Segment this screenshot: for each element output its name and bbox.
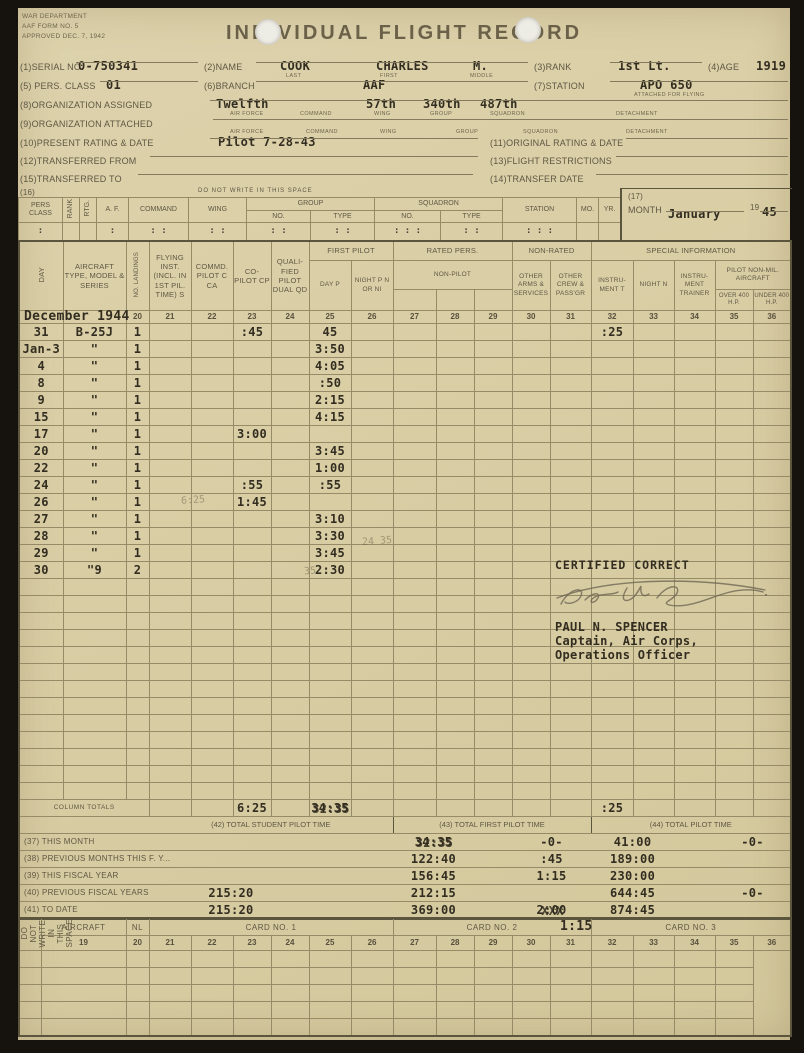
cell-c22: [191, 324, 233, 341]
cell-landings: 2: [126, 562, 149, 579]
cell-c25: :50: [309, 375, 351, 392]
original-rating-label: (11)ORIGINAL RATING & DATE: [490, 138, 623, 148]
cell-c25: [309, 783, 351, 800]
serial-label: (1)SERIAL NO.: [20, 62, 84, 72]
cell-c33: [633, 749, 674, 766]
cell-c29: [474, 596, 512, 613]
card-cell: [149, 1001, 191, 1018]
card-cell: [674, 967, 715, 984]
cell-c28: [436, 426, 474, 443]
org-assigned-label: (8)ORGANIZATION ASSIGNED: [20, 100, 152, 110]
cell-c21: [149, 783, 191, 800]
cell-c29: [474, 715, 512, 732]
cell-c32: :25: [591, 324, 633, 341]
cell-aircraft: ": [63, 358, 126, 375]
card-cell: [149, 1018, 191, 1036]
cell-c30: [512, 477, 550, 494]
cell-c24: [271, 783, 309, 800]
cell-day: [19, 732, 63, 749]
cell-c21: [149, 460, 191, 477]
cell-c29: [474, 664, 512, 681]
cell-aircraft: ": [63, 426, 126, 443]
cell-c31: [550, 528, 591, 545]
hole-punch-right: [515, 17, 541, 43]
flight-restrictions-label: (13)FLIGHT RESTRICTIONS: [490, 156, 612, 166]
cell-c28: [436, 358, 474, 375]
cell-aircraft: [63, 596, 126, 613]
flight-row: 9"12:15: [19, 392, 791, 409]
col-23-co-pilot: CO- PILOT CP: [233, 241, 271, 311]
cell-c24: [271, 409, 309, 426]
cell-c29: [474, 630, 512, 647]
column-number: 36: [753, 311, 791, 324]
signature: [555, 574, 770, 618]
cell-c29: [474, 477, 512, 494]
card-cell: [591, 1018, 633, 1036]
cell-c27: [393, 766, 436, 783]
cell-c35: [715, 783, 753, 800]
cell-c24: [271, 528, 309, 545]
card-cell: [436, 967, 474, 984]
cell-c29: [474, 426, 512, 443]
cell-c25: 3:30: [309, 528, 351, 545]
transfer-date-line: [596, 162, 788, 175]
cell-c30: [512, 545, 550, 562]
cell-c25: 45: [309, 324, 351, 341]
cell-c23: [233, 681, 271, 698]
gap: [271, 885, 393, 902]
cell-c22: [191, 749, 233, 766]
flight-row: 8"1:50: [19, 375, 791, 392]
cell-landings: 1: [126, 511, 149, 528]
cell-c26: [351, 494, 393, 511]
total-instrument: :25: [591, 800, 633, 817]
cell-landings: [126, 630, 149, 647]
cell-aircraft: [63, 715, 126, 732]
col-25-day: DAY P: [309, 261, 351, 311]
cell-landings: [126, 732, 149, 749]
card-cell: [633, 967, 674, 984]
cell-c30: [512, 647, 550, 664]
card-cell: [436, 1001, 474, 1018]
card-cell: [351, 967, 393, 984]
card-cell: [19, 950, 41, 967]
cell-c28: [436, 477, 474, 494]
cell-c25: :55: [309, 477, 351, 494]
group-non-rated: NON-RATED: [512, 241, 591, 261]
cell-aircraft: ": [63, 545, 126, 562]
grand-total-row: (38) PREVIOUS MONTHS THIS F. Y...122:40:…: [19, 851, 791, 868]
cell-c23: [233, 341, 271, 358]
cell-c28: [436, 324, 474, 341]
cell-c32: [591, 732, 633, 749]
cell-c32: [591, 477, 633, 494]
cell-c27: [393, 426, 436, 443]
cell-c36: [753, 375, 791, 392]
cell-c23: [233, 460, 271, 477]
cell-c34: [674, 477, 715, 494]
col-21-flying-inst: FLYING INST. (INCL. IN 1ST PIL. TIME) S: [149, 241, 191, 311]
cell-c21: [149, 613, 191, 630]
gap: [474, 885, 512, 902]
card-cell: [436, 984, 474, 1001]
cell-c31: [550, 460, 591, 477]
cell-c24: [271, 477, 309, 494]
year-line: [760, 199, 788, 212]
card-cell: [149, 984, 191, 1001]
column-totals-row: COLUMN TOTALS 6:25 32:3534:35 :25: [19, 800, 791, 817]
card-cell: [271, 1018, 309, 1036]
card-column-number: 26: [351, 936, 393, 950]
card-cell: [512, 967, 550, 984]
cell-c21: [149, 698, 191, 715]
total-mid: -0-: [512, 834, 591, 851]
cell-c35: [715, 341, 753, 358]
cell-c25: 3:10: [309, 511, 351, 528]
cell-c22: [191, 681, 233, 698]
group-first-pilot: FIRST PILOT: [309, 241, 393, 261]
cell-c25: 1:00: [309, 460, 351, 477]
cell-day: [19, 579, 63, 596]
cell-c30: [512, 528, 550, 545]
card-cell: [474, 1001, 512, 1018]
pers-line: [100, 69, 198, 82]
cell-c27: [393, 341, 436, 358]
cell-c28: [436, 613, 474, 630]
col-rtg: RTG.: [80, 198, 97, 223]
cell-day: [19, 647, 63, 664]
cell-c29: [474, 766, 512, 783]
cell-c34: [674, 324, 715, 341]
cell-c27: [393, 494, 436, 511]
cell-c27: [393, 324, 436, 341]
cell-day: 17: [19, 426, 63, 443]
flight-row: Jan-3"13:50: [19, 341, 791, 358]
gap: [674, 851, 715, 868]
flight-row: [19, 698, 791, 715]
cell-c33: [633, 494, 674, 511]
cell-c24: [271, 375, 309, 392]
cell-c23: [233, 749, 271, 766]
cell-c36: [753, 392, 791, 409]
transfer-date-label: (14)TRANSFER DATE: [490, 174, 584, 184]
flight-row: 26"11:45: [19, 494, 791, 511]
cell-c31: [550, 358, 591, 375]
flight-row: 28"13:30: [19, 528, 791, 545]
hole-punch-left: [255, 19, 281, 45]
mark-cell: : :: [129, 223, 189, 242]
cell-c21: [149, 715, 191, 732]
org-attached-label: (9)ORGANIZATION ATTACHED: [20, 119, 153, 129]
cell-c24: [271, 579, 309, 596]
cell-c24: [271, 358, 309, 375]
card-cell: [271, 950, 309, 967]
cell-c29: [474, 409, 512, 426]
cell-c35: [715, 749, 753, 766]
cell-c25: [309, 698, 351, 715]
cell-c29: [474, 783, 512, 800]
cell-landings: 1: [126, 426, 149, 443]
cell-c31: [550, 324, 591, 341]
cell-day: 28: [19, 528, 63, 545]
cell-c28: [436, 596, 474, 613]
cell-c25: 2:15: [309, 392, 351, 409]
card-column-number: 22: [191, 936, 233, 950]
cell-c24: [271, 545, 309, 562]
zone-44-label: (44) TOTAL PILOT TIME: [591, 817, 791, 834]
cell-aircraft: ": [63, 494, 126, 511]
cell-landings: 1: [126, 324, 149, 341]
cell-c33: [633, 341, 674, 358]
cell-day: [19, 664, 63, 681]
certifier-title-2: Operations Officer: [555, 648, 785, 662]
cell-c22: [191, 783, 233, 800]
card-blank-row: [19, 1018, 791, 1036]
original-rating-line: [626, 126, 788, 139]
cell-c28: [436, 443, 474, 460]
cell-c28: [436, 766, 474, 783]
cell-c31: [550, 749, 591, 766]
cell-c22: [191, 511, 233, 528]
cell-c36: [753, 358, 791, 375]
column-number: 23: [233, 311, 271, 324]
cell-c26: [351, 698, 393, 715]
col-pilot-nonmil: PILOT NON-MIL. AIRCRAFT: [715, 261, 791, 290]
card-cell: [191, 984, 233, 1001]
col-26-night: NIGHT P N OR NI: [351, 261, 393, 311]
cell-c25: [309, 749, 351, 766]
cell-c31: [550, 783, 591, 800]
cell-c31: [550, 443, 591, 460]
cell-c25: [309, 426, 351, 443]
cell-day: [19, 715, 63, 732]
cell-c30: [512, 579, 550, 596]
non-pilot-sub: [474, 290, 512, 311]
cell-landings: 1: [126, 392, 149, 409]
cell-c28: [436, 409, 474, 426]
cell-aircraft: ": [63, 511, 126, 528]
name-line: [256, 50, 528, 63]
cell-c21: [149, 341, 191, 358]
cell-c29: [474, 613, 512, 630]
cell-c35: [715, 715, 753, 732]
card-cell: [674, 950, 715, 967]
grand-total-row: (40) PREVIOUS FISCAL YEARS215:20212:1564…: [19, 885, 791, 902]
cell-c22: [191, 664, 233, 681]
col-30-other-arms: OTHER ARMS & SERVICES: [512, 261, 550, 311]
cell-c34: [674, 681, 715, 698]
mark-cell: : :: [189, 223, 247, 242]
col-pers-class: PERS CLASS: [19, 198, 63, 223]
cell-c30: [512, 443, 550, 460]
month-label: MONTH: [628, 205, 662, 215]
card-cell: [512, 950, 550, 967]
column-number: 25: [309, 311, 351, 324]
mark-cell: : : :: [503, 223, 577, 242]
cell-aircraft: [63, 783, 126, 800]
cell-c23: [233, 630, 271, 647]
cell-day: 26: [19, 494, 63, 511]
card-column-number: 34: [674, 936, 715, 950]
flight-row: 31B-25J1:4545:25: [19, 324, 791, 341]
column-number: 34: [674, 311, 715, 324]
cell-aircraft: ": [63, 392, 126, 409]
cell-day: Jan-3: [19, 341, 63, 358]
mark-cell: : :: [311, 223, 375, 242]
cell-c23: [233, 392, 271, 409]
cell-c24: [271, 664, 309, 681]
cell-c26: [351, 783, 393, 800]
cell-c35: [715, 511, 753, 528]
certified-correct-label: CERTIFIED CORRECT: [555, 558, 785, 572]
cell-day: 20: [19, 443, 63, 460]
cell-day: 15: [19, 409, 63, 426]
col-rank: RANK: [63, 198, 80, 223]
cell-c35: [715, 732, 753, 749]
total-previous-col: 215:20: [191, 885, 271, 902]
cell-day: 31: [19, 324, 63, 341]
cell-c29: [474, 375, 512, 392]
cell-c22: [191, 358, 233, 375]
cell-c27: [393, 477, 436, 494]
cell-c33: [633, 392, 674, 409]
cell-c28: [436, 749, 474, 766]
cell-c21: [149, 358, 191, 375]
total-pilot-time: 644:45: [591, 885, 674, 902]
column-numbers-row: 2021222324252627282930313233343536: [19, 311, 791, 324]
flight-row: [19, 766, 791, 783]
card-cell: [633, 1001, 674, 1018]
card-cell: [474, 1018, 512, 1036]
cell-aircraft: [63, 732, 126, 749]
cell-landings: [126, 664, 149, 681]
column-number: 26: [351, 311, 393, 324]
cell-c33: [633, 664, 674, 681]
cell-c36: [753, 766, 791, 783]
cell-c24: [271, 511, 309, 528]
flight-row: [19, 681, 791, 698]
cell-c35: [715, 494, 753, 511]
cell-c22: [191, 443, 233, 460]
cell-landings: 1: [126, 460, 149, 477]
card-cell: [149, 967, 191, 984]
cell-c28: [436, 630, 474, 647]
card-cell: [41, 984, 126, 1001]
cell-c26: [351, 681, 393, 698]
cell-c21: [149, 324, 191, 341]
card-cell: [393, 1018, 436, 1036]
cell-c33: [633, 766, 674, 783]
card-cell: [550, 950, 591, 967]
cell-c29: [474, 681, 512, 698]
cell-c36: [753, 477, 791, 494]
cell-c26: [351, 443, 393, 460]
cell-c28: [436, 732, 474, 749]
cell-c28: [436, 681, 474, 698]
mark-cell: [63, 223, 80, 242]
cell-c22: [191, 766, 233, 783]
cell-c32: [591, 460, 633, 477]
cell-c28: [436, 698, 474, 715]
gap: [474, 868, 512, 885]
total-previous-col: [191, 834, 271, 851]
cell-c32: [591, 375, 633, 392]
col-32-instrument: INSTRU- MENT T: [591, 261, 633, 311]
cell-c26: [351, 358, 393, 375]
card-cell: [19, 1001, 41, 1018]
total-mid: 1:15: [512, 868, 591, 885]
card-cell: [393, 967, 436, 984]
column-number: 29: [474, 311, 512, 324]
card-blank-row: [19, 950, 791, 967]
cell-c31: [550, 375, 591, 392]
cell-c22: [191, 528, 233, 545]
cell-landings: [126, 613, 149, 630]
cell-c36: [753, 715, 791, 732]
cell-c22: [191, 392, 233, 409]
cell-c21: [149, 766, 191, 783]
cell-c23: [233, 409, 271, 426]
card-column-number: 20: [126, 936, 149, 950]
rank-label: (3)RANK: [534, 62, 571, 72]
card-numbers-row: 192021222324252627282930313233343536: [19, 936, 791, 950]
card-cell: [309, 1001, 351, 1018]
total-first-pilot: 32:3534:35: [393, 834, 474, 851]
flight-row: 20"13:45: [19, 443, 791, 460]
column-number: 32: [591, 311, 633, 324]
card-cell: [715, 950, 753, 967]
cell-c24: [271, 630, 309, 647]
transferred-from-label: (12)TRANSFERRED FROM: [20, 156, 137, 166]
cell-c29: [474, 579, 512, 596]
cell-day: 27: [19, 511, 63, 528]
cell-c35: [715, 392, 753, 409]
cell-c33: [633, 528, 674, 545]
cell-day: 30: [19, 562, 63, 579]
cell-c33: [633, 375, 674, 392]
cell-c23: [233, 358, 271, 375]
cell-aircraft: [63, 766, 126, 783]
col-squadron-no: NO.: [375, 211, 441, 223]
cell-day: [19, 630, 63, 647]
card-cell: [591, 967, 633, 984]
cell-c31: [550, 715, 591, 732]
pers-class-label: (5) PERS. CLASS: [20, 81, 96, 91]
cell-c31: [550, 426, 591, 443]
cell-aircraft: [63, 647, 126, 664]
cell-c21: [149, 409, 191, 426]
col-command: COMMAND: [129, 198, 189, 223]
cell-c23: [233, 528, 271, 545]
card-column-number: 28: [436, 936, 474, 950]
total-pilot-time: 41:00: [591, 834, 674, 851]
cell-c35: [715, 477, 753, 494]
cell-c30: [512, 358, 550, 375]
transferred-to-label: (15)TRANSFERRED TO: [20, 174, 122, 184]
cell-c27: [393, 681, 436, 698]
card-cell: [474, 950, 512, 967]
cell-c25: 3:45: [309, 443, 351, 460]
cell-c36: [753, 732, 791, 749]
card-cell: [233, 967, 271, 984]
card-cell: [233, 1001, 271, 1018]
card-cell: [674, 984, 715, 1001]
cell-c25: [309, 579, 351, 596]
cell-day: [19, 613, 63, 630]
cell-day: [19, 766, 63, 783]
cell-landings: [126, 579, 149, 596]
cell-c33: [633, 358, 674, 375]
